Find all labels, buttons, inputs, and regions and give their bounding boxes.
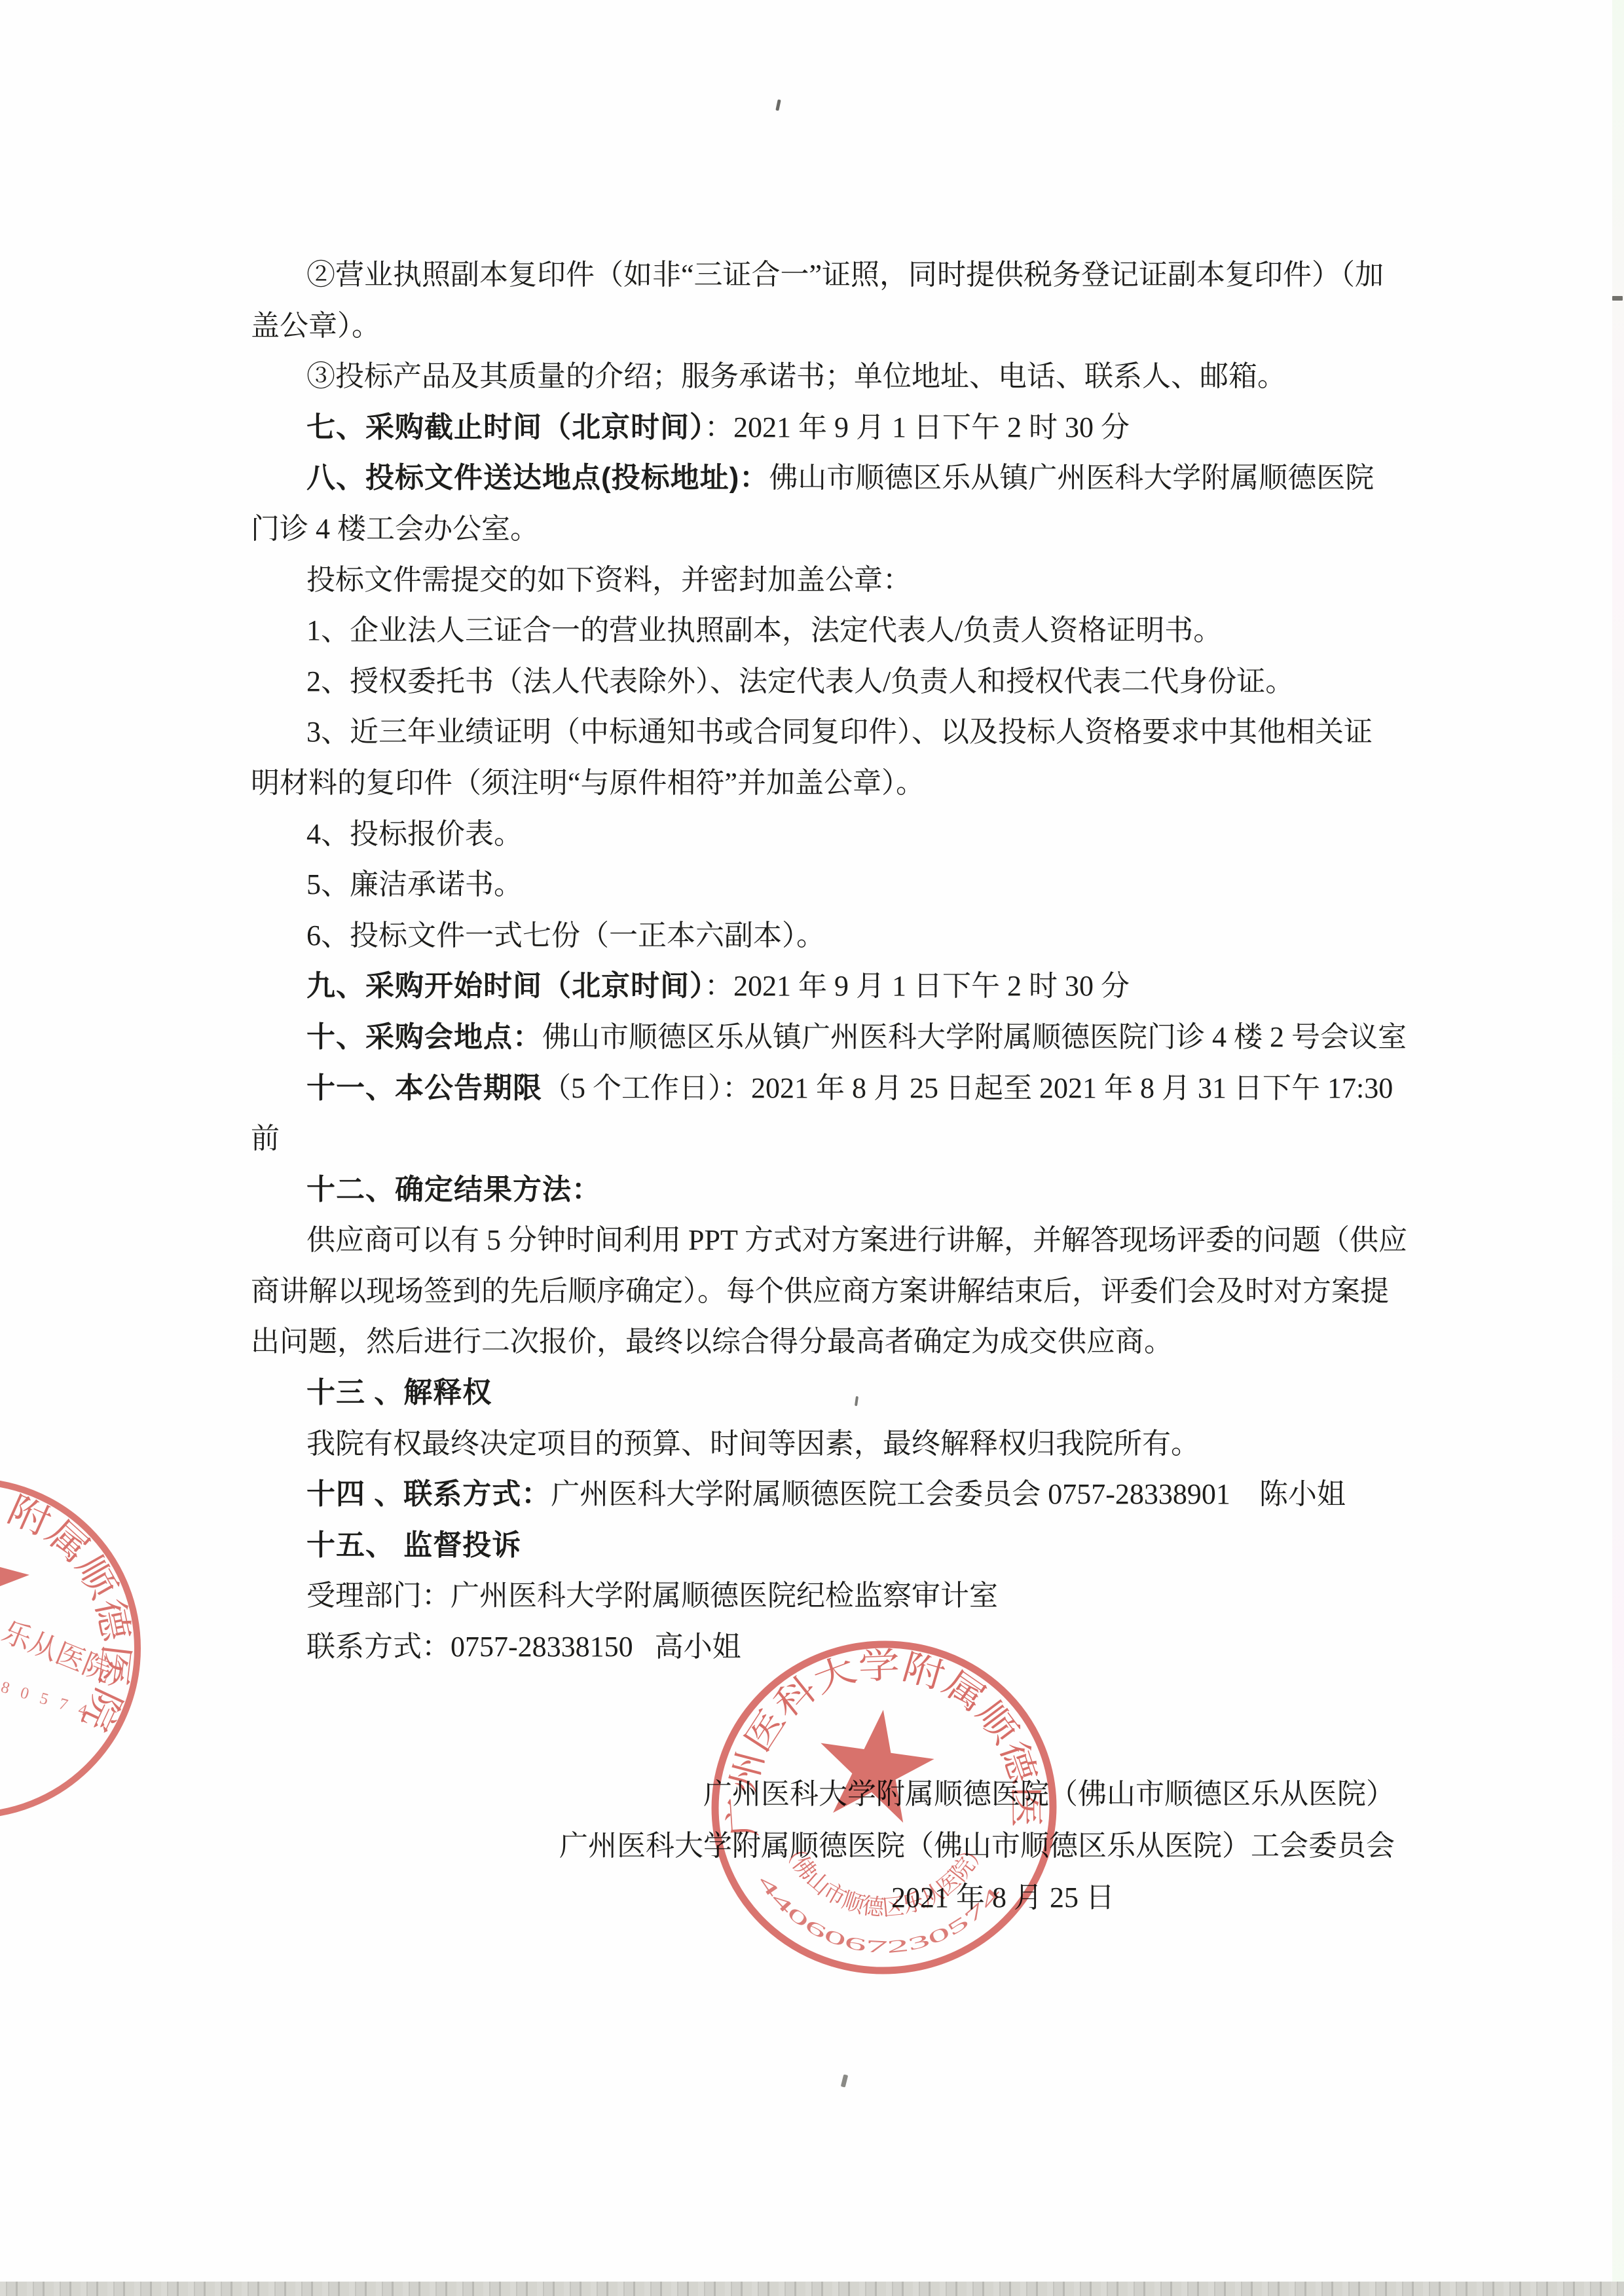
line-text-segment: 明材料的复印件（须注明“与原件相符”并加盖公章）。 bbox=[251, 767, 925, 799]
line-text-segment: 受理部门：广州医科大学附属顺德医院纪检监察审计室 bbox=[306, 1580, 998, 1612]
line-text-segment: 门诊 4 楼工会办公室。 bbox=[251, 513, 539, 545]
doc-line-accepting-department: 受理部门：广州医科大学附属顺德医院纪检监察审计室 bbox=[251, 1570, 1439, 1621]
line-text-segment: 3、近三年业绩证明（中标通知书或合同复印件）、以及投标人资格要求中其他相关证 bbox=[306, 716, 1373, 748]
doc-line-ppt-explain-3: 出问题，然后进行二次报价，最终以综合得分最高者确定为成交供应商。 bbox=[251, 1316, 1439, 1367]
section-heading: 十五、 监督投诉 bbox=[306, 1529, 521, 1561]
doc-line-materials-intro: 投标文件需提交的如下资料，并密封加盖公章： bbox=[251, 555, 1439, 606]
doc-line-item1: 1、企业法人三证合一的营业执照副本，法定代表人/负责人资格证明书。 bbox=[251, 605, 1439, 656]
scan-speck bbox=[775, 100, 781, 111]
line-text-segment: 佛山市顺德区乐从镇广州医科大学附属顺德医院门诊 4 楼 2 号会议室 bbox=[542, 1021, 1407, 1053]
doc-line-supervision-contact: 联系方式：0757-28338150 高小姐 bbox=[251, 1621, 1439, 1673]
doc-line-section15-supervision: 十五、 监督投诉 bbox=[251, 1520, 1439, 1571]
doc-line-business-license-2: 盖公章）。 bbox=[251, 301, 1439, 352]
doc-line-bid-product-intro: ③投标产品及其质量的介绍；服务承诺书；单位地址、电话、联系人、邮箱。 bbox=[251, 351, 1439, 402]
doc-line-item3-2: 明材料的复印件（须注明“与原件相符”并加盖公章）。 bbox=[251, 758, 1439, 809]
signature-date: 2021 年 8 月 25 日 bbox=[559, 1872, 1395, 1923]
doc-line-section10-venue: 十、采购会地点：佛山市顺德区乐从镇广州医科大学附属顺德医院门诊 4 楼 2 号会… bbox=[251, 1012, 1439, 1063]
line-text-segment: 广州医科大学附属顺德医院工会委员会 0757-28338901 陈小姐 bbox=[551, 1478, 1346, 1510]
line-text-segment: （5 个工作日）：2021 年 8 月 25 日起至 2021 年 8 月 31… bbox=[542, 1072, 1393, 1104]
line-text-segment: 4、投标报价表。 bbox=[306, 818, 523, 850]
line-text-segment: 前 bbox=[251, 1122, 280, 1155]
official-seal-left: 附属顺德医院 乐从医院） 8 0 5 7 4 bbox=[0, 1470, 157, 1837]
document-body: ②营业执照副本复印件（如非“三证合一”证照，同时提供税务登记证副本复印件）（加 … bbox=[251, 250, 1439, 1673]
line-text-segment: 5、廉洁承诺书。 bbox=[306, 868, 523, 900]
signature-org-line-2: 广州医科大学附属顺德医院（佛山市顺德区乐从医院）工会委员会 bbox=[559, 1820, 1395, 1872]
section-heading: 十三 、解释权 bbox=[306, 1377, 492, 1409]
doc-line-section11-notice-period-1: 十一、本公告期限（5 个工作日）：2021 年 8 月 25 日起至 2021 … bbox=[251, 1063, 1439, 1114]
line-text-segment: 供应商可以有 5 分钟时间利用 PPT 方式对方案进行讲解，并解答现场评委的问题… bbox=[306, 1224, 1407, 1256]
line-text-segment: 佛山市顺德区乐从镇广州医科大学附属顺德医院 bbox=[769, 462, 1374, 494]
section-heading: 十二、确定结果方法： bbox=[306, 1174, 601, 1206]
doc-line-interpretation-body: 我院有权最终决定项目的预算、时间等因素，最终解释权归我院所有。 bbox=[251, 1418, 1439, 1470]
line-text-segment: 2、授权委托书（法人代表除外）、法定代表人/负责人和授权代表二代身份证。 bbox=[306, 665, 1294, 697]
section-heading: 九、采购开始时间（北京时间） bbox=[306, 970, 705, 1002]
line-text-segment: 商讲解以现场签到的先后顺序确定）。每个供应商方案讲解结束后，评委们会及时对方案提 bbox=[251, 1275, 1389, 1307]
doc-line-section8-delivery-address-2: 门诊 4 楼工会办公室。 bbox=[251, 504, 1439, 555]
star-icon bbox=[0, 1501, 41, 1643]
signature-block: 广州医科大学附属顺德医院（佛山市顺德区乐从医院） 广州医科大学附属顺德医院（佛山… bbox=[559, 1768, 1395, 1923]
line-text-segment: ③投标产品及其质量的介绍；服务承诺书；单位地址、电话、联系人、邮箱。 bbox=[306, 360, 1286, 392]
scanned-document-page: { "page": { "width": 2480, "height": 350… bbox=[0, 0, 1624, 2296]
doc-line-item6: 6、投标文件一式七份（一正本六副本）。 bbox=[251, 910, 1439, 961]
line-text-segment: 1、企业法人三证合一的营业执照副本，法定代表人/负责人资格证明书。 bbox=[306, 614, 1222, 646]
seal-ring bbox=[0, 1481, 138, 1815]
doc-line-item2: 2、授权委托书（法人代表除外）、法定代表人/负责人和授权代表二代身份证。 bbox=[251, 656, 1439, 707]
scan-noise-bar bbox=[0, 2282, 1624, 2296]
line-text-segment: 我院有权最终决定项目的预算、时间等因素，最终解释权归我院所有。 bbox=[306, 1428, 1200, 1460]
doc-line-section11-notice-period-2: 前 bbox=[251, 1113, 1439, 1164]
doc-line-ppt-explain-2: 商讲解以现场签到的先后顺序确定）。每个供应商方案讲解结束后，评委们会及时对方案提 bbox=[251, 1266, 1439, 1317]
line-text-segment: 投标文件需提交的如下资料，并密封加盖公章： bbox=[306, 564, 912, 596]
signature-org-line-1: 广州医科大学附属顺德医院（佛山市顺德区乐从医院） bbox=[559, 1768, 1395, 1820]
scan-speck bbox=[841, 2074, 848, 2087]
section-heading: 八、投标文件送达地点(投标地址)： bbox=[306, 462, 769, 494]
doc-line-section8-delivery-address-1: 八、投标文件送达地点(投标地址)：佛山市顺德区乐从镇广州医科大学附属顺德医院 bbox=[251, 453, 1439, 504]
seal-inner-text: 乐从医院） bbox=[0, 1616, 143, 1699]
line-text-segment: ：2021 年 9 月 1 日下午 2 时 30 分 bbox=[705, 970, 1130, 1002]
line-text-segment: 出问题，然后进行二次报价，最终以综合得分最高者确定为成交供应商。 bbox=[251, 1325, 1173, 1358]
doc-line-item3-1: 3、近三年业绩证明（中标通知书或合同复印件）、以及投标人资格要求中其他相关证 bbox=[251, 707, 1439, 758]
doc-line-section12-result-method: 十二、确定结果方法： bbox=[251, 1164, 1439, 1215]
section-heading: 十、采购会地点： bbox=[306, 1021, 542, 1053]
doc-line-section13-interpretation: 十三 、解释权 bbox=[251, 1367, 1439, 1418]
seal-serial-number: 8 0 5 7 4 bbox=[0, 1678, 93, 1721]
scan-edge-noise-strip bbox=[1612, 0, 1624, 2296]
section-heading: 七、采购截止时间（北京时间） bbox=[306, 411, 705, 443]
line-text-segment: ②营业执照副本复印件（如非“三证合一”证照，同时提供税务登记证副本复印件）（加 bbox=[306, 259, 1384, 291]
line-text-segment: 盖公章）。 bbox=[251, 310, 380, 342]
doc-line-item4: 4、投标报价表。 bbox=[251, 809, 1439, 860]
doc-line-section7-deadline: 七、采购截止时间（北京时间）：2021 年 9 月 1 日下午 2 时 30 分 bbox=[251, 402, 1439, 453]
section-heading: 十一、本公告期限 bbox=[306, 1072, 542, 1104]
line-text-segment: 6、投标文件一式七份（一正本六副本）。 bbox=[306, 919, 825, 952]
doc-line-section14-contact: 十四 、联系方式：广州医科大学附属顺德医院工会委员会 0757-28338901… bbox=[251, 1469, 1439, 1520]
seal-arc-text-top: 附属顺德医院 bbox=[2, 1490, 137, 1737]
line-text-segment: 联系方式：0757-28338150 高小姐 bbox=[306, 1631, 741, 1663]
doc-line-business-license-1: ②营业执照副本复印件（如非“三证合一”证照，同时提供税务登记证副本复印件）（加 bbox=[251, 250, 1439, 301]
doc-line-item5: 5、廉洁承诺书。 bbox=[251, 859, 1439, 910]
doc-line-ppt-explain-1: 供应商可以有 5 分钟时间利用 PPT 方式对方案进行讲解，并解答现场评委的问题… bbox=[251, 1215, 1439, 1266]
line-text-segment: ：2021 年 9 月 1 日下午 2 时 30 分 bbox=[705, 411, 1130, 443]
doc-line-section9-start-time: 九、采购开始时间（北京时间）：2021 年 9 月 1 日下午 2 时 30 分 bbox=[251, 961, 1439, 1012]
section-heading: 十四 、联系方式： bbox=[306, 1478, 551, 1510]
